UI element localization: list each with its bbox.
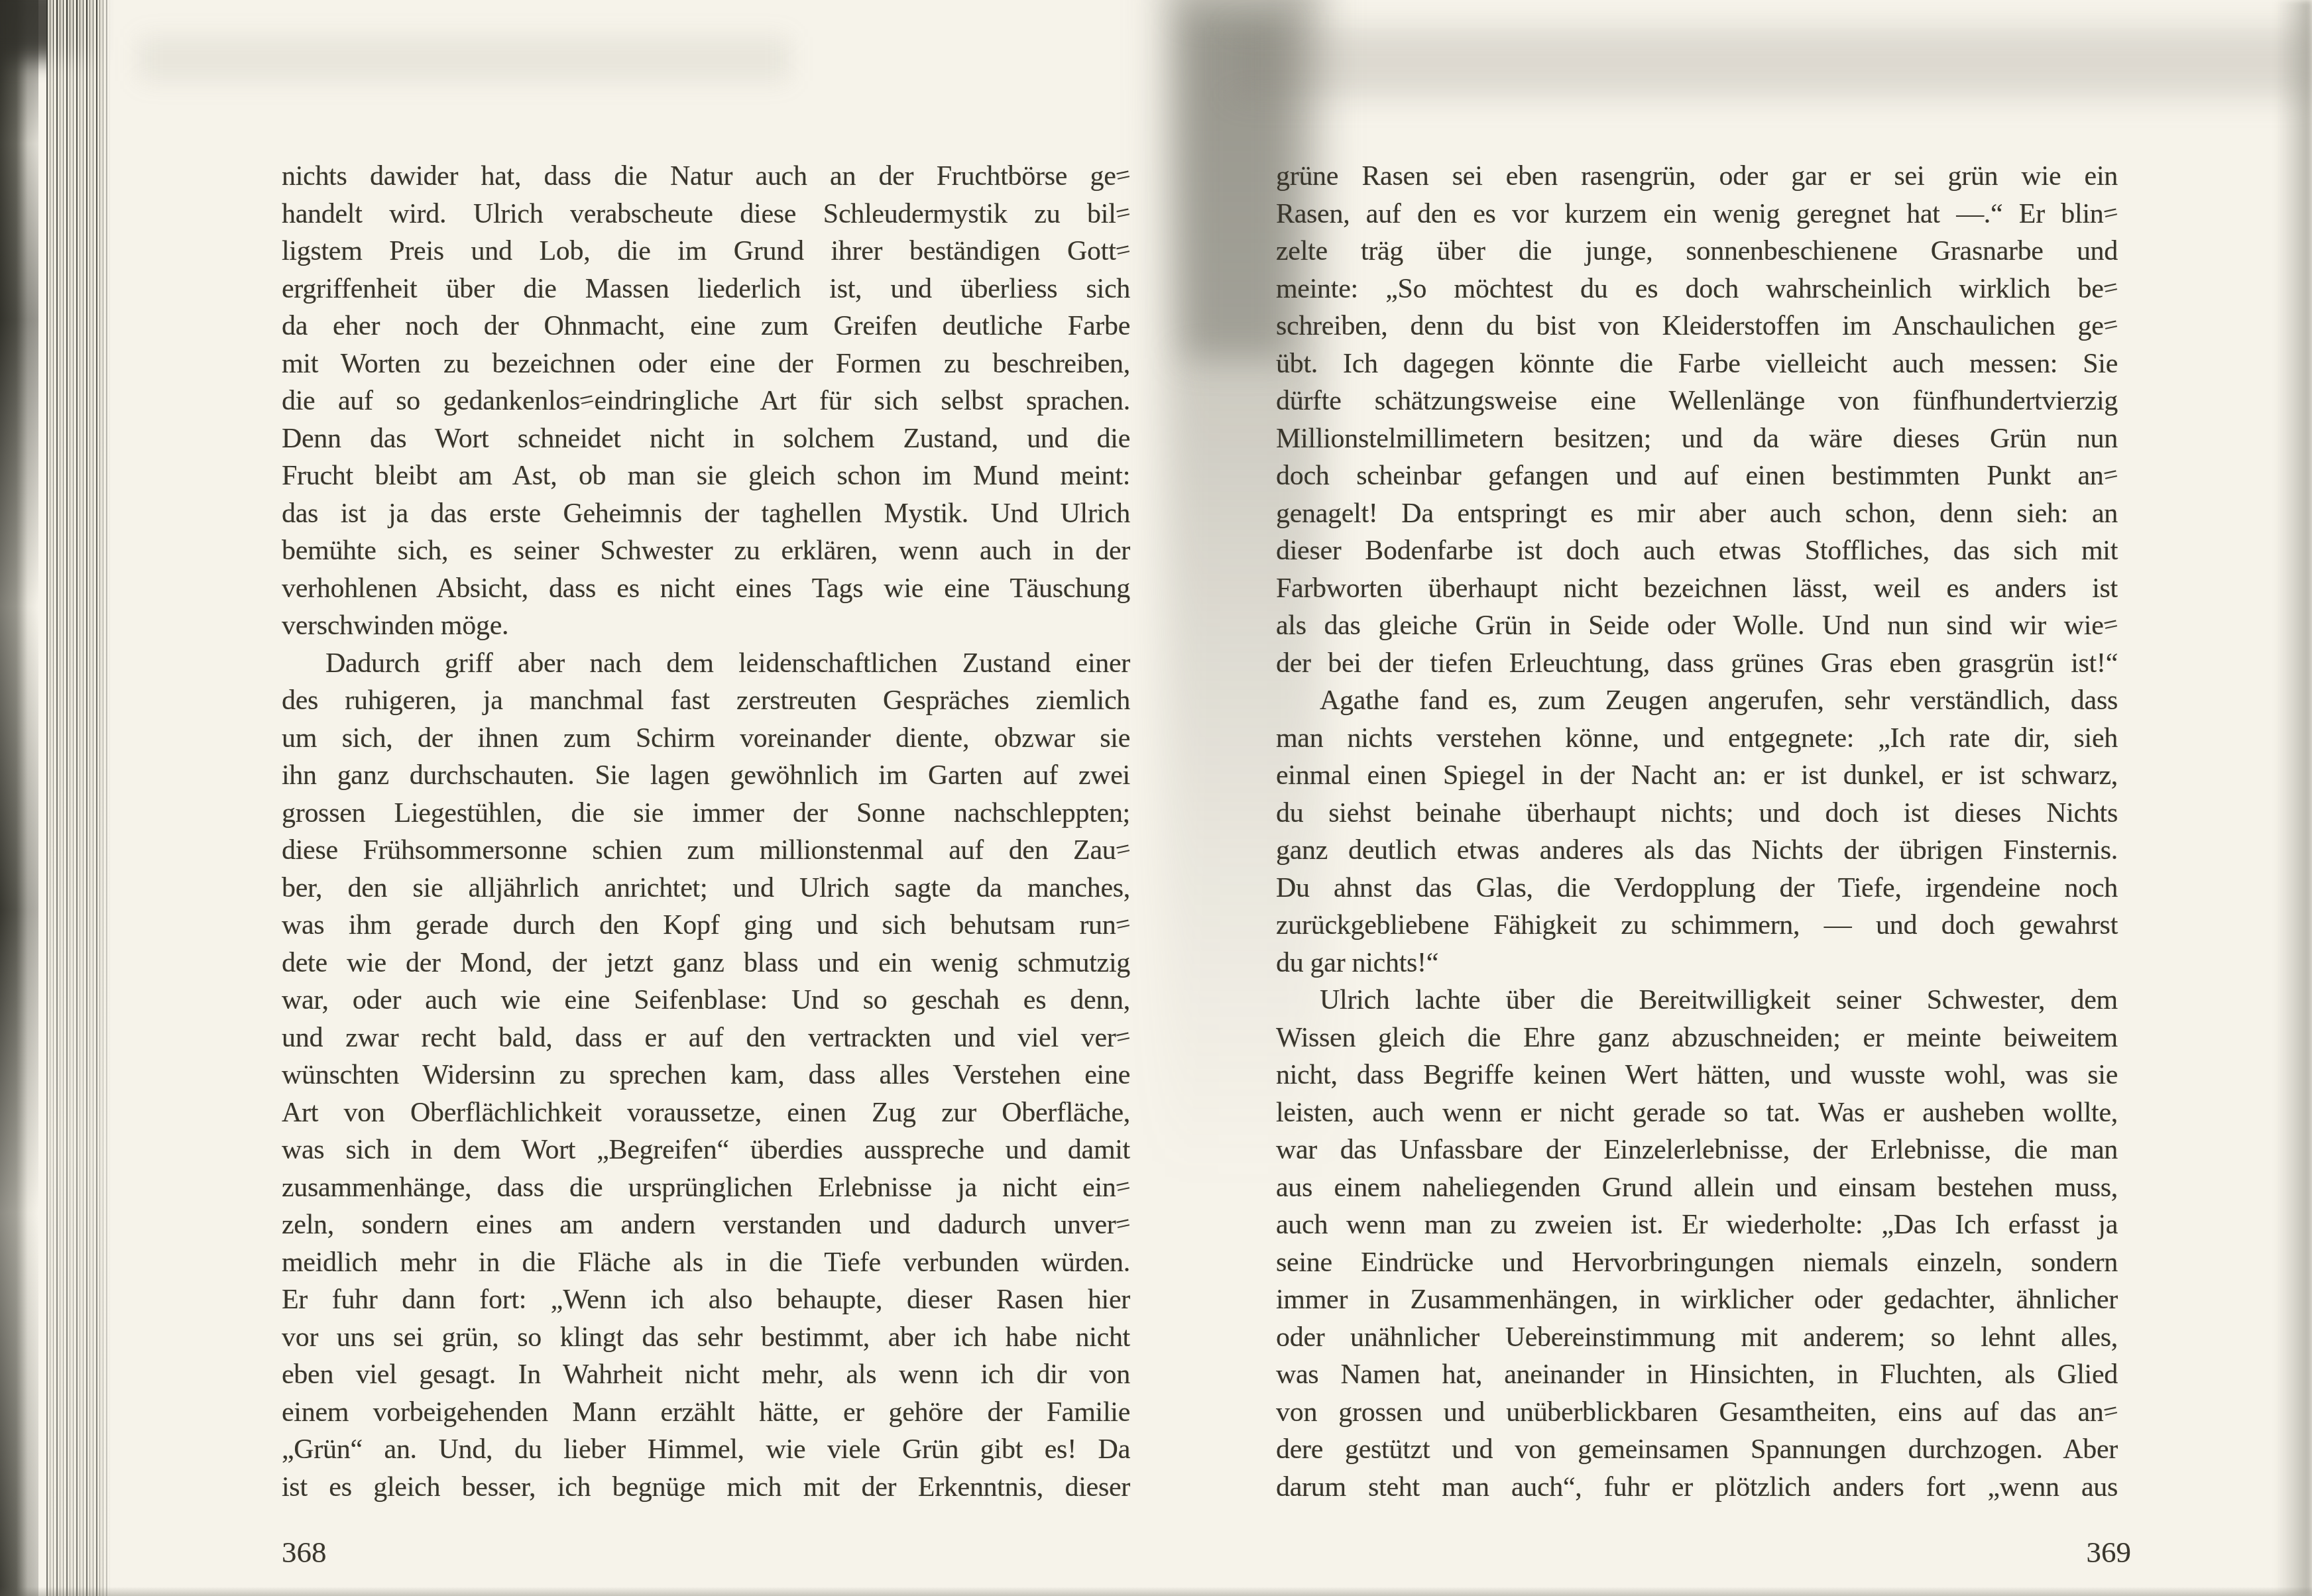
- double-hyphen: =: [576, 380, 598, 420]
- text-line: Farbworten überhaupt nicht bezeichnen lä…: [1276, 570, 2118, 608]
- text-line: aus einem naheliegenden Grund allein und…: [1276, 1169, 2118, 1207]
- text-line: was sich in dem Wort „Begreifen“ überdie…: [282, 1131, 1130, 1169]
- text-line: Frucht bleibt am Ast, ob man sie gleich …: [282, 457, 1130, 495]
- scan-page-edge-stripes: [46, 0, 110, 1596]
- text-line: grossen Liegestühlen, die sie immer der …: [282, 795, 1130, 832]
- scan-bottom-edge: [0, 1587, 2312, 1596]
- text-line: leisten, auch wenn er nicht gerade so ta…: [1276, 1094, 2118, 1132]
- text-line: der bei der tiefen Erleuchtung, dass grü…: [1276, 645, 2118, 683]
- text-line: nicht, dass Begriffe keinen Wert hätten,…: [1276, 1056, 2118, 1094]
- text-line: diese Frühsommersonne schien zum million…: [282, 832, 1130, 870]
- text-line: „Grün“ an. Und, du lieber Himmel, wie vi…: [282, 1431, 1130, 1469]
- text-line: auch wenn man zu zweien ist. Er wiederho…: [1276, 1206, 2118, 1244]
- text-line: immer in Zusammenhängen, in wirklicher o…: [1276, 1281, 2118, 1319]
- left-page-number: 368: [282, 1535, 327, 1569]
- text-line: handelt wird. Ulrich verabscheute diese …: [282, 196, 1130, 233]
- scan-top-left-blotch: [0, 0, 90, 60]
- text-line: wünschten Widersinn zu sprechen kam, das…: [282, 1056, 1130, 1094]
- double-hyphen: =: [1112, 156, 1133, 196]
- scan-right-edge-shadow: [2275, 0, 2312, 1596]
- text-line: vor uns sei grün, so klingt das sehr bes…: [282, 1319, 1130, 1357]
- text-line: einem vorbeigehenden Mann erzählt hätte,…: [282, 1394, 1130, 1432]
- double-hyphen: =: [1112, 830, 1133, 870]
- text-line: eben viel gesagt. In Wahrheit nicht mehr…: [282, 1356, 1130, 1394]
- text-line: Du ahnst das Glas, die Verdopplung der T…: [1276, 870, 2118, 907]
- double-hyphen: =: [1112, 231, 1133, 270]
- text-line: man nichts verstehen könne, und entgegne…: [1276, 720, 2118, 758]
- text-line: zusammenhänge, dass die ursprünglichen E…: [282, 1169, 1130, 1207]
- text-line: Millionstelmillimetern besitzen; und da …: [1276, 420, 2118, 458]
- text-line: was ihm gerade durch den Kopf ging und s…: [282, 907, 1130, 944]
- text-line: des ruhigeren, ja manchmal fast zerstreu…: [282, 682, 1130, 720]
- text-line: Ulrich lachte über die Bereitwilligkeit …: [1276, 982, 2118, 1019]
- text-line: du gar nichts!“: [1276, 944, 2118, 982]
- text-line: als das gleiche Grün in Seide oder Wolle…: [1276, 607, 2118, 645]
- text-line: ligstem Preis und Lob, die im Grund ihre…: [282, 233, 1130, 270]
- text-line: war, oder auch wie eine Seifenblase: Und…: [282, 982, 1130, 1019]
- right-page-text: grüne Rasen sei eben rasengrün, oder gar…: [1276, 158, 2118, 1506]
- text-line: bemühte sich, es seiner Schwester zu erk…: [282, 532, 1130, 570]
- text-line: darum steht man auch“, fuhr er plötzlich…: [1276, 1469, 2118, 1507]
- text-line: oder unähnlicher Uebereinstimmung mit an…: [1276, 1319, 2118, 1357]
- text-line: ist es gleich besser, ich begnüge mich m…: [282, 1469, 1130, 1507]
- text-line: Denn das Wort schneidet nicht in solchem…: [282, 420, 1130, 458]
- text-line: was Namen hat, aneinander in Hinsichten,…: [1276, 1356, 2118, 1394]
- double-hyphen: =: [2099, 306, 2121, 345]
- text-line: übt. Ich dagegen könnte die Farbe vielle…: [1276, 345, 2118, 383]
- text-line: Rasen, auf den es vor kurzem ein wenig g…: [1276, 196, 2118, 233]
- double-hyphen: =: [1112, 1167, 1133, 1207]
- scan-left-edge-shadow: [0, 0, 38, 1596]
- text-line: das ist ja das erste Geheimnis der taghe…: [282, 495, 1130, 533]
- text-line: um sich, der ihnen zum Schirm voreinande…: [282, 720, 1130, 758]
- right-page-number: 369: [1276, 1535, 2131, 1569]
- text-line: war das Unfassbare der Einzelerlebnisse,…: [1276, 1131, 2118, 1169]
- text-line: doch scheinbar gefangen und auf einen be…: [1276, 457, 2118, 495]
- text-line: zelte träg über die junge, sonnenbeschie…: [1276, 233, 2118, 270]
- double-hyphen: =: [1112, 1204, 1133, 1244]
- scan-top-band-left: [139, 37, 789, 81]
- text-line: nichts dawider hat, dass die Natur auch …: [282, 158, 1130, 196]
- text-line: grüne Rasen sei eben rasengrün, oder gar…: [1276, 158, 2118, 196]
- double-hyphen: =: [2099, 268, 2121, 308]
- text-line: einmal einen Spiegel in der Nacht an: er…: [1276, 757, 2118, 795]
- double-hyphen: =: [1112, 1017, 1133, 1057]
- text-line: genagelt! Da entspringt es mir aber auch…: [1276, 495, 2118, 533]
- text-line: Er fuhr dann fort: „Wenn ich also behaup…: [282, 1281, 1130, 1319]
- text-line: zeln, sondern eines am andern verstanden…: [282, 1206, 1130, 1244]
- text-line: ber, den sie alljährlich anrichtet; und …: [282, 870, 1130, 907]
- book-spread-scan: nichts dawider hat, dass die Natur auch …: [0, 0, 2312, 1596]
- scan-gutter-shadow-top: [1184, 13, 1290, 358]
- double-hyphen: =: [2099, 194, 2121, 233]
- text-line: ergriffenheit über die Massen liederlich…: [282, 270, 1130, 308]
- scan-top-band-right: [1233, 28, 2312, 97]
- text-line: dete wie der Mond, der jetzt ganz blass …: [282, 944, 1130, 982]
- text-line: dere gestützt und von gemeinsamen Spannu…: [1276, 1431, 2118, 1469]
- text-line: du siehst beinahe überhaupt nichts; und …: [1276, 795, 2118, 832]
- text-line: verhohlenen Absicht, dass es nicht eines…: [282, 570, 1130, 608]
- text-line: seine Eindrücke und Hervorbringungen nie…: [1276, 1244, 2118, 1282]
- text-line: von grossen und unüberblickbaren Gesamth…: [1276, 1394, 2118, 1432]
- text-line: dieser Bodenfarbe ist doch auch etwas St…: [1276, 532, 2118, 570]
- text-line: mit Worten zu bezeichnen oder eine der F…: [282, 345, 1130, 383]
- text-line: dürfte schätzungsweise eine Wellenlänge …: [1276, 382, 2118, 420]
- text-line: zurückgebliebene Fähigkeit zu schimmern,…: [1276, 907, 2118, 944]
- text-line: Agathe fand es, zum Zeugen angerufen, se…: [1276, 682, 2118, 720]
- text-line: schreiben, denn du bist von Kleiderstoff…: [1276, 308, 2118, 345]
- text-line: meinte: „So möchtest du es doch wahrsche…: [1276, 270, 2118, 308]
- double-hyphen: =: [2099, 1392, 2121, 1432]
- text-line: verschwinden möge.: [282, 607, 1130, 645]
- double-hyphen: =: [1112, 194, 1133, 233]
- double-hyphen: =: [2099, 455, 2121, 495]
- text-line: ganz deutlich etwas anderes als das Nich…: [1276, 832, 2118, 870]
- double-hyphen: =: [2099, 605, 2121, 645]
- text-line: die auf so gedankenlos=eindringliche Art…: [282, 382, 1130, 420]
- text-line: und zwar recht bald, dass er auf den ver…: [282, 1019, 1130, 1057]
- text-line: Wissen gleich die Ehre ganz abzuschneide…: [1276, 1019, 2118, 1057]
- text-line: Art von Oberflächlichkeit voraussetze, e…: [282, 1094, 1130, 1132]
- text-line: Dadurch griff aber nach dem leidenschaft…: [282, 645, 1130, 683]
- text-line: da eher noch der Ohnmacht, eine zum Grei…: [282, 308, 1130, 345]
- double-hyphen: =: [1112, 905, 1133, 944]
- left-page-text: nichts dawider hat, dass die Natur auch …: [282, 158, 1130, 1506]
- text-line: ihn ganz durchschauten. Sie lagen gewöhn…: [282, 757, 1130, 795]
- text-line: meidlich mehr in die Fläche als in die T…: [282, 1244, 1130, 1282]
